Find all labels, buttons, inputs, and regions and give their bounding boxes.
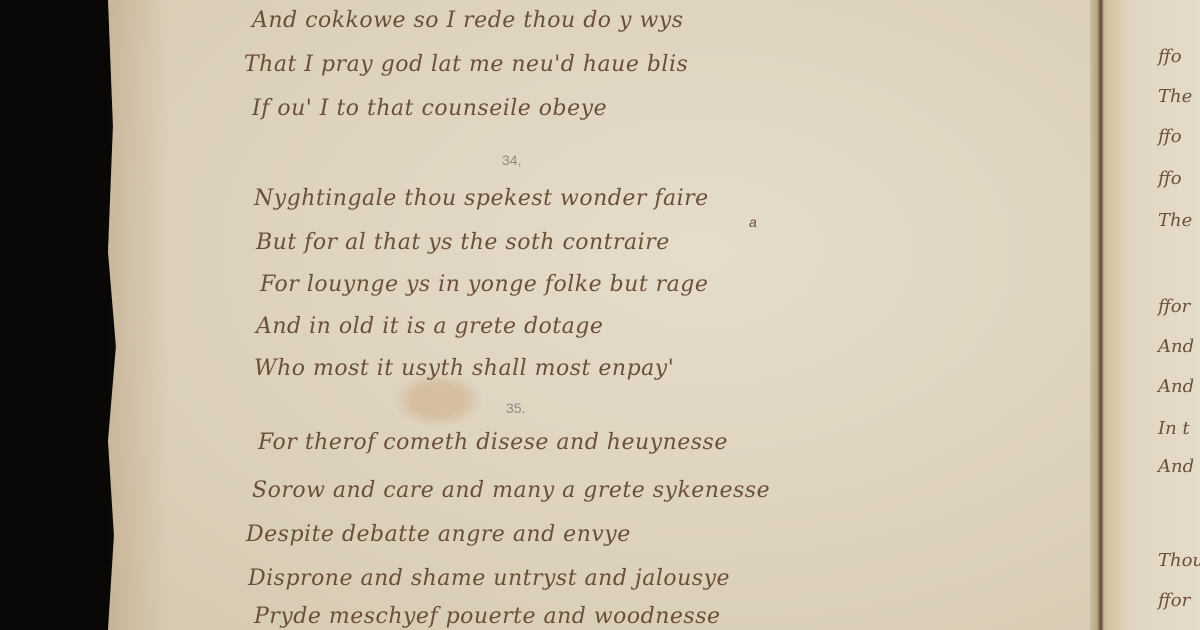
- book-gutter: [1090, 0, 1110, 630]
- right-page-line: And: [1158, 456, 1194, 477]
- right-page-line: The: [1158, 86, 1192, 107]
- right-page-line: And: [1158, 376, 1194, 397]
- interlinear-correction: a: [749, 214, 757, 230]
- manuscript-line: That I pray god lat me neu'd haue blis: [244, 52, 688, 77]
- right-page-line: ffo: [1158, 126, 1182, 147]
- right-page-line: ffor: [1158, 296, 1190, 317]
- right-page-line: Thou: [1158, 550, 1200, 571]
- right-page-line: ffor: [1158, 590, 1190, 611]
- manuscript-line: If ou' I to that counseile obeye: [252, 96, 607, 121]
- manuscript-line: Despite debatte angre and envye: [246, 522, 631, 547]
- background-margin: [0, 0, 110, 630]
- manuscript-line: And cokkowe so I rede thou do y wys: [252, 8, 684, 33]
- right-page-line: The: [1158, 210, 1192, 231]
- right-page-line: And: [1158, 336, 1194, 357]
- right-page-line: In t: [1158, 418, 1190, 439]
- manuscript-line: Sorow and care and many a grete sykeness…: [252, 478, 770, 503]
- manuscript-line: But for al that ys the soth contraire: [256, 230, 670, 255]
- manuscript-line: Disprone and shame untryst and jalousye: [248, 566, 730, 591]
- manuscript-line: For louynge ys in yonge folke but rage: [260, 272, 708, 297]
- manuscript-line: Who most it usyth shall most enpay': [254, 356, 674, 381]
- right-page-line: ffo: [1158, 46, 1182, 67]
- folio-number-35: 35.: [506, 400, 525, 416]
- manuscript-line: And in old it is a grete dotage: [256, 314, 603, 339]
- manuscript-line: Nyghtingale thou spekest wonder faire: [254, 186, 709, 211]
- manuscript-line: Pryde meschyef pouerte and woodnesse: [254, 604, 721, 629]
- right-page-line: ffo: [1158, 168, 1182, 189]
- folio-number-34: 34,: [502, 152, 521, 168]
- manuscript-line: For therof cometh disese and heuynesse: [258, 430, 728, 455]
